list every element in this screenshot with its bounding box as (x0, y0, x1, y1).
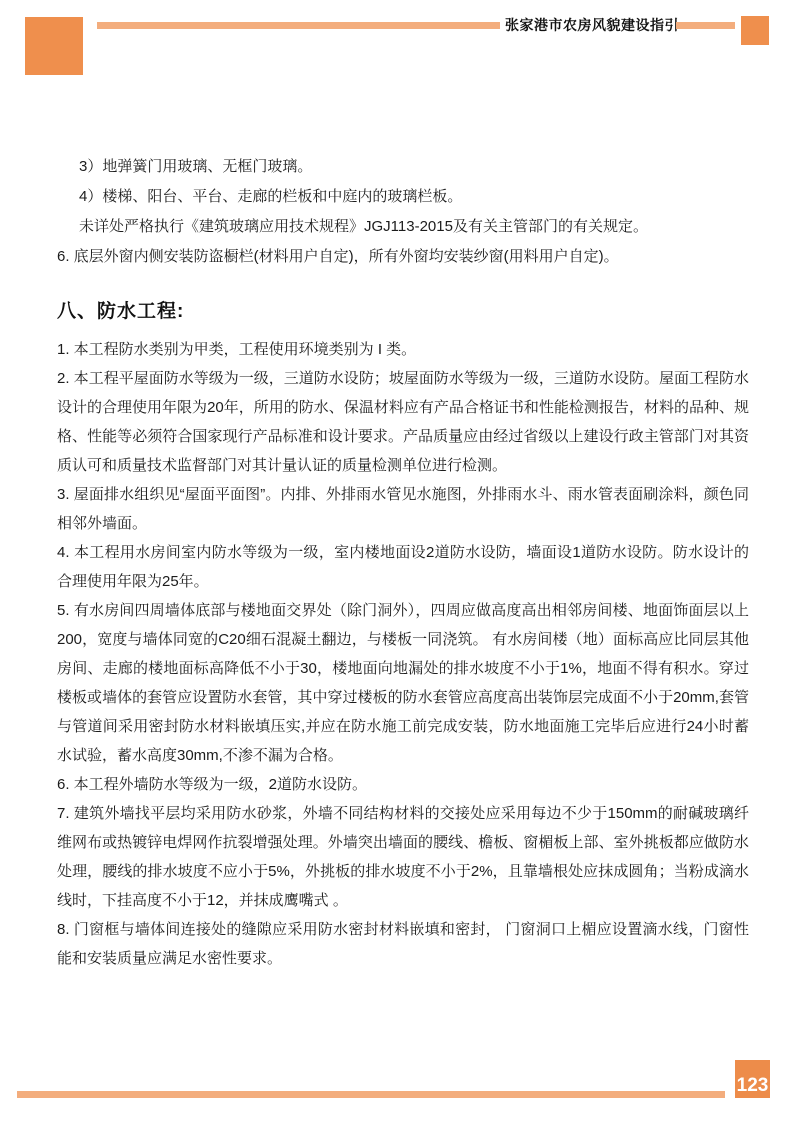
page-number: 123 (737, 1075, 769, 1097)
header-accent-square (25, 17, 83, 75)
waterproofing-item-1: 1. 本工程防水类别为甲类，工程使用环境类别为 I 类。 (57, 335, 749, 364)
waterproofing-item-6: 6. 本工程外墙防水等级为一级，2道防水设防。 (57, 770, 749, 799)
document-page: 张家港市农房风貌建设指引 3）地弹簧门用玻璃、无框门玻璃。 4）楼梯、阳台、平台… (0, 0, 793, 1122)
header-rule-right (676, 22, 735, 29)
page-number-badge: 123 (735, 1060, 770, 1098)
glazing-subitem-3: 3）地弹簧门用玻璃、无框门玻璃。 (57, 152, 749, 182)
waterproofing-item-2: 2. 本工程平屋面防水等级为一级，三道防水设防；坡屋面防水等级为一级，三道防水设… (57, 364, 749, 480)
glazing-note: 未详处严格执行《建筑玻璃应用技术规程》JGJ113-2015及有关主管部门的有关… (57, 212, 749, 242)
section-heading-waterproofing: 八、防水工程: (57, 298, 749, 325)
glazing-item-6: 6. 底层外窗内侧安装防盗橱栏(材料用户自定)，所有外窗均安装纱窗(用料用户自定… (57, 242, 749, 272)
waterproofing-item-3: 3. 屋面排水组织见“屋面平面图”。内排、外排雨水管见水施图，外排雨水斗、雨水管… (57, 480, 749, 538)
page-body: 3）地弹簧门用玻璃、无框门玻璃。 4）楼梯、阳台、平台、走廊的栏板和中庭内的玻璃… (57, 152, 749, 973)
footer-rule (17, 1091, 725, 1098)
waterproofing-item-8: 8. 门窗框与墙体间连接处的缝隙应采用防水密封材料嵌填和密封， 门窗洞口上楣应设… (57, 915, 749, 973)
glazing-subitem-4: 4）楼梯、阳台、平台、走廊的栏板和中庭内的玻璃栏板。 (57, 182, 749, 212)
waterproofing-item-4: 4. 本工程用水房间室内防水等级为一级，室内楼地面设2道防水设防，墙面设1道防水… (57, 538, 749, 596)
header-rule-left (97, 22, 500, 29)
header-title: 张家港市农房风貌建设指引 (505, 15, 673, 36)
header-corner-square (741, 16, 769, 45)
waterproofing-item-7: 7. 建筑外墙找平层均采用防水砂浆，外墙不同结构材料的交接处应采用每边不少于15… (57, 799, 749, 915)
waterproofing-item-5: 5. 有水房间四周墙体底部与楼地面交界处（除门洞外），四周应做高度高出相邻房间楼… (57, 596, 749, 770)
